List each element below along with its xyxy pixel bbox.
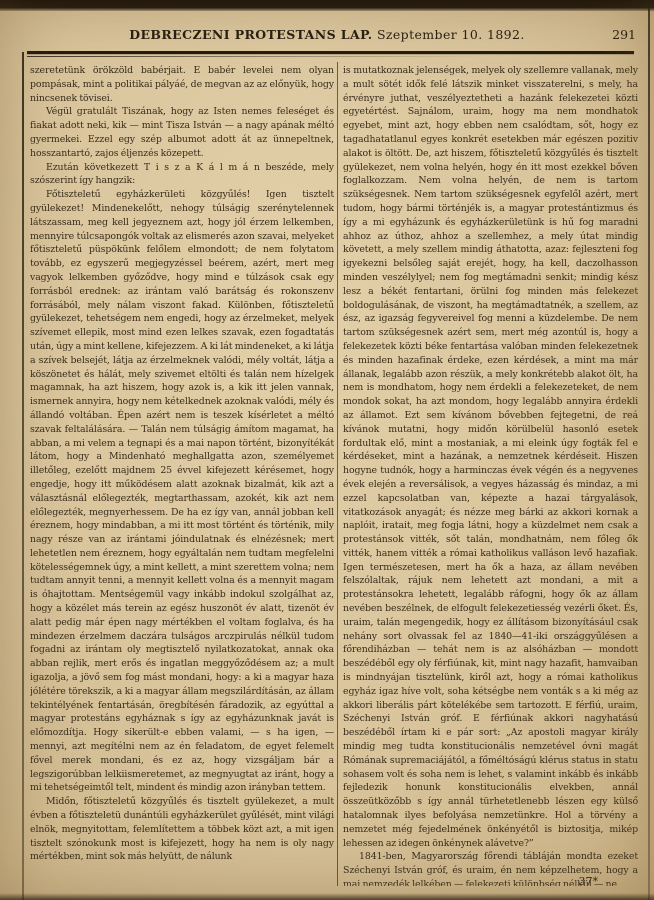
masthead-date: Szeptember 10. 1892. <box>377 27 525 42</box>
right-column: is mutatkoznak jelenségek, melyek oly sz… <box>343 64 638 886</box>
scan-edge-bottom <box>0 893 654 900</box>
scan-edge-left-line <box>22 52 24 900</box>
header-rule-thin <box>27 56 634 57</box>
column-divider-rule <box>337 62 338 886</box>
scan-edge-top <box>0 0 654 11</box>
paragraph: Midőn, főtiszteletű közgyűlés és tisztel… <box>30 795 334 864</box>
scan-edge-right-line <box>648 8 650 900</box>
paragraph-continuation: szeretetünk örökzöld babérjait. E babér … <box>30 64 334 105</box>
paragraph-continuation: is mutatkoznak jelenségek, melyek oly sz… <box>343 64 638 850</box>
page-number: 291 <box>612 27 636 42</box>
newspaper-page: { "header": { "title": "DEBRECZENI PROTE… <box>0 0 654 900</box>
printers-sheet-mark: 37* <box>579 875 599 888</box>
paragraph-speech: Főtiszteletű egyházkerületi közgyűlés! I… <box>30 188 334 795</box>
masthead-title: DEBRECZENI PROTESTANS LAP. <box>129 27 372 42</box>
paragraph: Ezután következett T i s z a K á l m á n… <box>30 161 334 189</box>
left-column: szeretetünk örökzöld babérjait. E babér … <box>30 64 334 886</box>
paragraph: Végül gratulált Tiszának, hogy az Isten … <box>30 105 334 160</box>
masthead: DEBRECZENI PROTESTANS LAP. Szeptember 10… <box>60 27 594 42</box>
header-rule <box>27 51 634 57</box>
header-rule-thick <box>27 51 634 54</box>
